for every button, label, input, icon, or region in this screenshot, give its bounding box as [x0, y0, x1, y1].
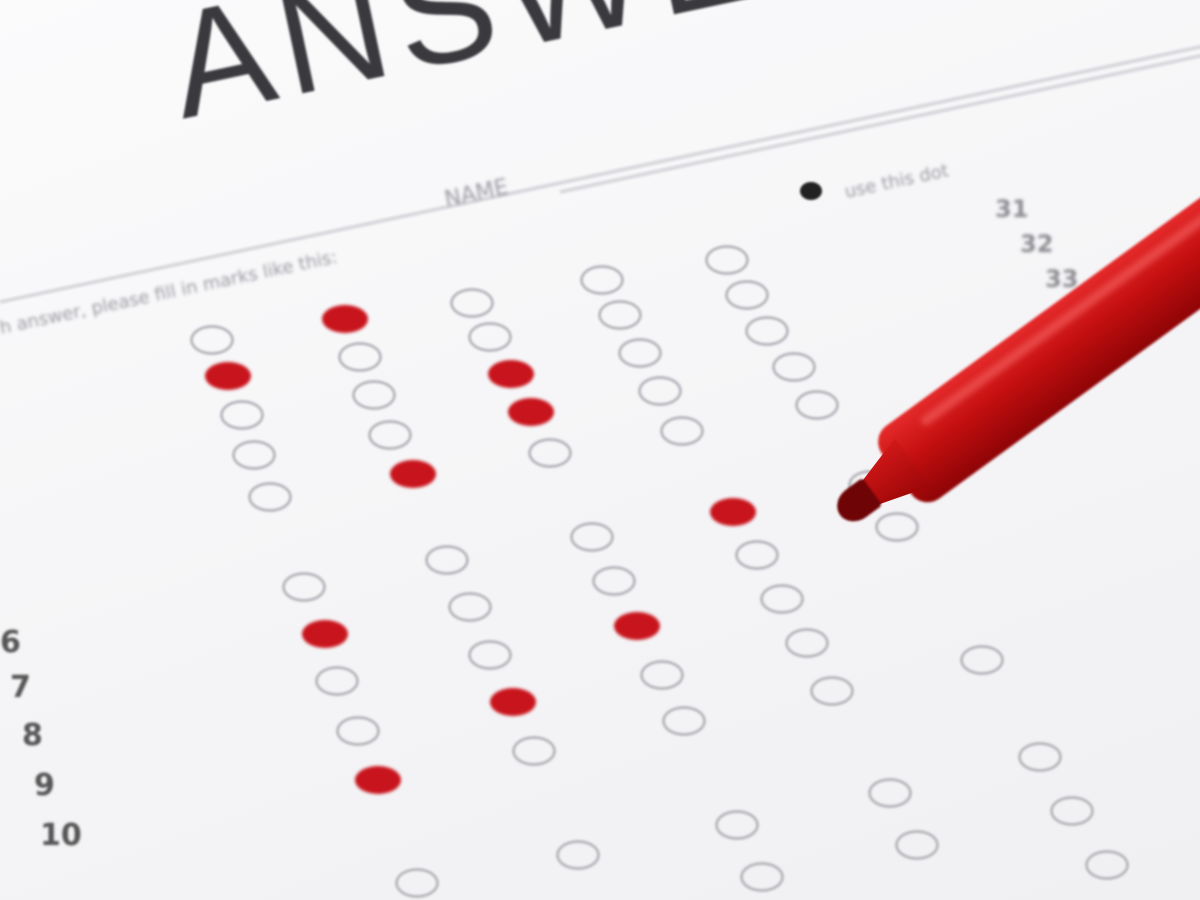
answer-bubble[interactable] [220, 400, 264, 430]
answer-bubble[interactable] [232, 440, 276, 470]
answer-bubble[interactable] [598, 300, 642, 330]
answer-bubble[interactable] [1018, 742, 1062, 772]
answer-bubble[interactable] [740, 862, 784, 892]
name-label: NAME [442, 175, 510, 213]
answer-bubble[interactable] [662, 706, 706, 736]
answer-sheet: ANSWER SH NAME h answer, please fill in … [0, 0, 1200, 900]
answer-bubble[interactable] [528, 438, 572, 468]
answer-bubble[interactable] [715, 810, 759, 840]
filled-bubble[interactable] [710, 498, 756, 526]
filled-bubble[interactable] [302, 620, 348, 648]
question-number: 6 [0, 625, 21, 660]
question-number: 7 [10, 670, 31, 705]
answer-bubble[interactable] [338, 342, 382, 372]
answer-bubble[interactable] [895, 830, 939, 860]
sheet-title: ANSWER SH [154, 0, 1167, 153]
answer-bubble[interactable] [640, 660, 684, 690]
answer-bubble[interactable] [468, 640, 512, 670]
answer-bubble[interactable] [868, 778, 912, 808]
answer-bubble[interactable] [592, 566, 636, 596]
answer-bubble[interactable] [570, 522, 614, 552]
answer-bubble[interactable] [810, 676, 854, 706]
answer-bubble[interactable] [618, 338, 662, 368]
filled-bubble[interactable] [205, 362, 251, 390]
legend-text: use this dot [843, 160, 951, 203]
answer-bubble[interactable] [1050, 796, 1094, 826]
answer-bubble[interactable] [705, 245, 749, 275]
answer-bubble[interactable] [336, 716, 380, 746]
answer-bubble[interactable] [315, 666, 359, 696]
answer-bubble[interactable] [745, 316, 789, 346]
answer-bubble[interactable] [248, 482, 292, 512]
answer-bubble[interactable] [368, 420, 412, 450]
answer-bubble[interactable] [468, 322, 512, 352]
answer-bubble[interactable] [795, 390, 839, 420]
filled-bubble[interactable] [390, 460, 436, 488]
question-number: 31 [995, 195, 1028, 223]
answer-bubble[interactable] [512, 736, 556, 766]
question-number: 32 [1020, 230, 1053, 258]
answer-bubble[interactable] [1085, 850, 1129, 880]
answer-bubble[interactable] [960, 645, 1004, 675]
filled-bubble[interactable] [508, 398, 554, 426]
answer-bubble[interactable] [760, 584, 804, 614]
answer-bubble[interactable] [448, 592, 492, 622]
question-number: 9 [34, 768, 55, 803]
answer-bubble[interactable] [638, 376, 682, 406]
answer-bubble[interactable] [660, 416, 704, 446]
filled-bubble[interactable] [355, 766, 401, 794]
answer-bubble[interactable] [395, 868, 439, 898]
filled-bubble[interactable] [614, 612, 660, 640]
answer-bubble[interactable] [425, 545, 469, 575]
answer-bubble[interactable] [735, 540, 779, 570]
answer-bubble[interactable] [580, 265, 624, 295]
filled-bubble[interactable] [488, 360, 534, 388]
answer-bubble[interactable] [725, 280, 769, 310]
answer-bubble[interactable] [785, 628, 829, 658]
filled-bubble[interactable] [322, 305, 368, 333]
answer-bubble[interactable] [556, 840, 600, 870]
answer-bubble[interactable] [352, 380, 396, 410]
question-number: 10 [40, 818, 82, 853]
answer-bubble[interactable] [450, 288, 494, 318]
answer-bubble[interactable] [282, 572, 326, 602]
legend-dot-icon [800, 182, 822, 200]
answer-bubble[interactable] [772, 352, 816, 382]
filled-bubble[interactable] [490, 688, 536, 716]
question-number: 8 [22, 718, 43, 753]
answer-bubble[interactable] [190, 325, 234, 355]
